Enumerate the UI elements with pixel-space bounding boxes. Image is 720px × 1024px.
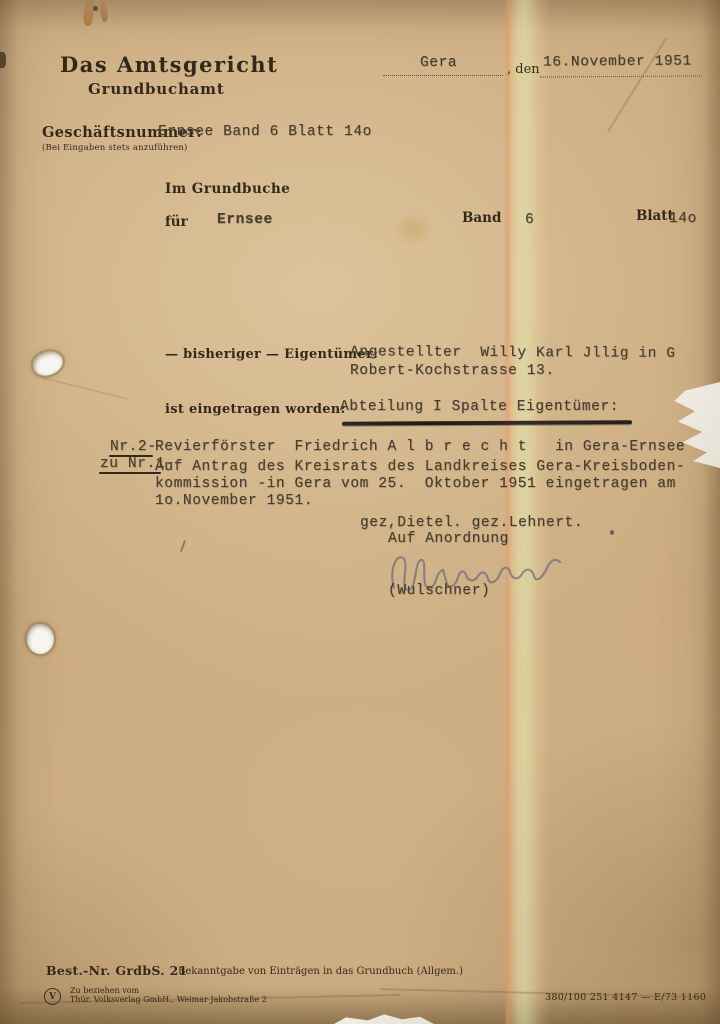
entry-label: ist eingetragen worden:: [165, 402, 346, 417]
scan-color-stripe-artifact: [498, 0, 550, 1024]
publisher-logo-icon: V: [44, 988, 61, 1005]
gez-signature-line: gez,Dietel. gez.Lehnert.: [360, 515, 583, 531]
crease-line: [607, 38, 667, 132]
entry-nr2-label: Nr.2-: [110, 439, 157, 455]
footer-publisher-line1: Zu beziehen vom: [70, 986, 139, 995]
pencil-mark: [180, 540, 186, 552]
den-label: , den: [507, 62, 540, 77]
grundbuch-intro: Im Grundbuche: [165, 181, 290, 197]
entry-section-underline: [342, 420, 632, 425]
footer-publisher-line2: Thür. Volksverlag GmbH., Weimar Jakobstr…: [70, 995, 267, 1004]
ink-speck: [610, 530, 614, 535]
rust-stain: [82, 0, 95, 26]
rust-stain: [98, 0, 108, 22]
band-value: 6: [525, 212, 534, 228]
entry-section: Abteilung I Spalte Eigentümer:: [340, 399, 619, 415]
blatt-value: 14o: [669, 211, 697, 227]
case-number-value: Ernsee Band 6 Blatt 14o: [158, 124, 372, 140]
office-department: Grundbuchamt: [88, 80, 225, 98]
previous-owner-label: — bisheriger — Eigentümer:: [165, 347, 378, 362]
previous-owner-line2: Robert-Kochstrasse 13.: [350, 363, 555, 379]
order-line: Auf Anordnung: [388, 531, 509, 547]
fuer-value: Ernsee: [217, 212, 273, 228]
footer-best-nr: Best.-Nr. GrdbS. 21: [46, 963, 188, 978]
office-name: Das Amtsgericht: [60, 52, 278, 77]
printed-signer-name: (Wulschner): [388, 583, 490, 599]
fuer-label: für: [165, 214, 188, 230]
punch-hole: [31, 349, 66, 379]
previous-owner-line1: Angestellter Willy Karl Jllig in G: [350, 344, 676, 362]
date-value: 16.November 1951: [543, 53, 692, 70]
date-ruled-line: [540, 74, 702, 77]
entry-nr1-underline: [99, 472, 161, 474]
ink-speck: [93, 6, 98, 11]
case-number-note: (Bei Eingaben stets anzuführen): [42, 143, 188, 153]
edge-notch-dark: [0, 52, 6, 68]
yellow-stain: [392, 212, 434, 246]
document-page: Das Amtsgericht Grundbuchamt Gera , den …: [0, 0, 720, 1024]
footer-form-title: Bekanntgabe von Einträgen in das Grundbu…: [178, 966, 463, 977]
entry-nr1-line2: kommission -in Gera vom 25. Oktober 1951…: [155, 476, 676, 492]
band-label: Band: [462, 210, 501, 226]
entry-nr1-line1: Auf Antrag des Kreisrats des Landkreises…: [155, 459, 685, 475]
footer-print-code: 380/100 251 4147 — E/73 1160: [545, 992, 706, 1003]
torn-edge: [660, 382, 720, 468]
place-ruled-line: [383, 74, 503, 76]
torn-edge: [334, 1012, 434, 1024]
place-value: Gera: [420, 55, 457, 71]
entry-nr2-text: Revierförster Friedrich A l b r e c h t …: [155, 439, 685, 455]
entry-nr1-line3: 1o.November 1951.: [155, 493, 313, 509]
crease-line: [41, 377, 129, 400]
punch-hole: [25, 622, 56, 655]
